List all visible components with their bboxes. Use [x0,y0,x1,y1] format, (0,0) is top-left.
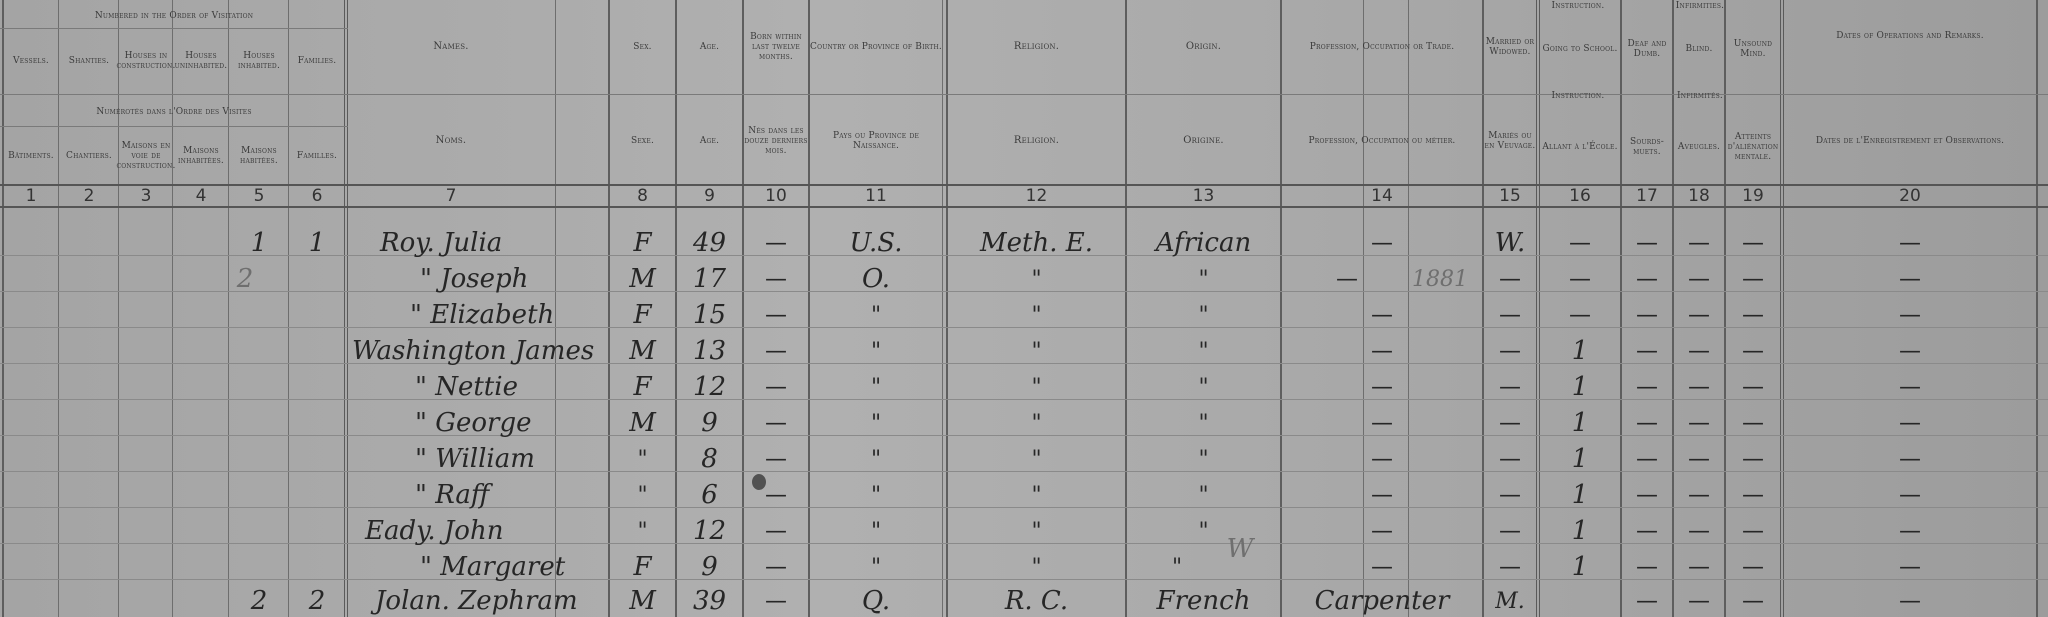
cell-origin: " [1127,550,1227,584]
ink-blot [752,474,766,490]
cell-sex: M [610,584,675,617]
header-col3-fr: Maisons en voie de construction. [120,128,172,184]
cell-origin: " [1127,334,1280,368]
cell-married: — [1484,442,1536,476]
cell-age: 6 [677,478,742,512]
header-group-infirmites: Infirmités. [1620,88,1780,104]
col-rule [288,0,289,617]
cell-name: " Elizabeth [410,298,600,332]
cell-married: — [1484,406,1536,440]
cell-origin: " [1127,262,1280,296]
header-col4-fr: Maisons inhabitées. [174,128,228,184]
header-col16-en: Going to School. [1540,14,1620,84]
cell-profession: — [1282,442,1482,476]
cell-unsound: — [1726,584,1780,617]
col-number: 7 [348,186,554,206]
cell-name: " William [415,442,605,476]
cell-age: 12 [677,514,742,548]
cell-birthplace: " [810,334,942,368]
cell-married: W. [1484,226,1536,260]
cell-school: 1 [1540,370,1620,404]
col-number: 10 [744,186,808,206]
col-number: 13 [1127,186,1280,206]
cell-remarks: — [1784,478,2036,512]
cell-blind: — [1674,262,1724,296]
cell-birthplace: " [810,442,942,476]
header-col8-fr: Sexe. [610,98,675,184]
cell-blind: — [1674,514,1724,548]
cell-birthplace: U.S. [810,226,942,260]
cell-born: — [744,514,808,548]
cell-age: 8 [677,442,742,476]
header-col6-en: Families. [290,30,344,92]
pencil-annotation: 1881 [1400,262,1480,296]
cell-deaf: — [1622,442,1672,476]
header-col18-fr: Aveugles. [1674,110,1724,184]
cell-remarks: — [1784,370,2036,404]
cell-blind: — [1674,550,1724,584]
cell-married: — [1484,370,1536,404]
cell-religion: " [948,514,1125,548]
cell-sex: M [610,334,675,368]
cell-married: — [1484,550,1536,584]
header-col1-en: Vessels. [4,30,58,92]
cell-born: — [744,226,808,260]
header-col10-en: Born within last twelve months. [744,4,808,90]
cell-unsound: — [1726,478,1780,512]
cell-birthplace: " [810,514,942,548]
col-number: 9 [677,186,742,206]
cell-school: 1 [1540,478,1620,512]
cell-birthplace: " [810,370,942,404]
header-col18-en: Blind. [1674,14,1724,84]
cell-school: 1 [1540,514,1620,548]
cell-born: — [744,584,808,617]
header-group-visitation-en: Numbered in the Order of Visitation [4,4,344,28]
cell-name: " Joseph [420,262,600,296]
cell-house: 1 [230,226,288,260]
cell-married: M. [1484,584,1536,617]
col-number: 3 [120,186,172,206]
cell-school: 1 [1540,334,1620,368]
col-number: 6 [290,186,344,206]
cell-married: — [1484,262,1536,296]
header-col3-en: Houses in construction. [120,30,172,92]
header-col17-en: Deaf and Dumb. [1622,14,1672,84]
cell-remarks: — [1784,442,2036,476]
header-col19-fr: Atteints d'aliénation mentale. [1726,110,1780,184]
cell-age: 12 [677,370,742,404]
header-col13-fr: Origine. [1127,98,1280,184]
cell-profession: — [1282,550,1482,584]
cell-religion: " [948,262,1125,296]
cell-religion: Meth. E. [948,226,1125,260]
cell-name: " Raff [415,478,605,512]
header-col6-fr: Familles. [290,128,344,184]
cell-sex: F [610,370,675,404]
cell-birthplace: " [810,478,942,512]
header-col11-fr: Pays ou Province de Naissance. [810,98,942,184]
cell-name: " Margaret [420,550,610,584]
cell-profession: — [1282,334,1482,368]
cell-deaf: — [1622,478,1672,512]
header-col12-en: Religion. [948,4,1125,90]
cell-name: Jolan. Zephram [375,584,605,617]
cell-origin: " [1127,442,1280,476]
cell-deaf: — [1622,406,1672,440]
cell-religion: " [948,478,1125,512]
cell-blind: — [1674,478,1724,512]
cell-profession: — [1282,226,1482,260]
cell-religion: R. C. [948,584,1125,617]
header-group-infirmities: Infirmities. [1620,0,1780,12]
header-col20-fr: Dates de l'Enregistrement et Observation… [1784,98,2036,184]
cell-religion: " [948,334,1125,368]
header-col1-fr: Bâtiments. [4,128,58,184]
header-col9-en: Age. [677,4,742,90]
header-col19-en: Unsound Mind. [1726,14,1780,84]
cell-profession: — [1282,298,1482,332]
header-col13-en: Origin. [1127,4,1280,90]
cell-born: — [744,334,808,368]
header-col5-en: Houses inhabited. [230,30,288,92]
cell-school [1540,584,1620,617]
cell-deaf: — [1622,514,1672,548]
cell-blind: — [1674,298,1724,332]
cell-remarks: — [1784,298,2036,332]
cell-remarks: — [1784,584,2036,617]
col-number: 17 [1622,186,1672,206]
cell-school: — [1540,262,1620,296]
cell-origin: " [1127,370,1280,404]
header-col8-en: Sex. [610,4,675,90]
cell-born: — [744,550,808,584]
header-col17-fr: Sourds-muets. [1622,110,1672,184]
cell-married: — [1484,478,1536,512]
cell-birthplace: O. [810,262,942,296]
cell-deaf: — [1622,298,1672,332]
cell-born: — [744,406,808,440]
cell-age: 39 [677,584,742,617]
cell-blind: — [1674,442,1724,476]
header-col7-fr: Noms. [348,98,554,184]
cell-unsound: — [1726,262,1780,296]
cell-profession: — [1282,514,1482,548]
cell-age: 9 [677,406,742,440]
cell-deaf: — [1622,334,1672,368]
header-col11-en: Country or Province of Birth. [810,4,942,90]
col-rule [172,0,173,617]
cell-sex: " [610,442,675,476]
cell-origin: French [1127,584,1280,617]
cell-origin: " [1127,514,1280,548]
col-number: 19 [1726,186,1780,206]
header-group-instruction: Instruction. [1536,0,1620,12]
cell-deaf: — [1622,226,1672,260]
cell-birthplace: " [810,298,942,332]
cell-born: — [744,298,808,332]
cell-name: " George [415,406,605,440]
cell-remarks: — [1784,550,2036,584]
cell-religion: " [948,298,1125,332]
cell-married: — [1484,334,1536,368]
cell-blind: — [1674,406,1724,440]
col-number: 18 [1674,186,1724,206]
cell-school: — [1540,298,1620,332]
cell-deaf: — [1622,550,1672,584]
col-rule [2036,0,2038,617]
header-col20-en: Dates of Operations and Remarks. [1784,4,2036,68]
cell-unsound: — [1726,334,1780,368]
cell-school: 1 [1540,406,1620,440]
col-number: 11 [810,186,942,206]
cell-name: Washington James [352,334,607,368]
col-number: 1 [4,186,58,206]
header-col15-fr: Mariés ou en Veuvage. [1484,98,1536,184]
cell-blind: — [1674,334,1724,368]
cell-house: 2 [230,262,260,296]
cell-family: 2 [290,584,344,617]
cell-unsound: — [1726,406,1780,440]
cell-profession: — [1282,478,1482,512]
header-col5-fr: Maisons habitées. [230,128,288,184]
cell-unsound: — [1726,514,1780,548]
cell-remarks: — [1784,514,2036,548]
cell-deaf: — [1622,370,1672,404]
cell-religion: " [948,442,1125,476]
cell-born: — [744,262,808,296]
cell-blind: — [1674,584,1724,617]
cell-religion: " [948,406,1125,440]
cell-age: 15 [677,298,742,332]
cell-sex: F [610,550,675,584]
col-number: 16 [1540,186,1620,206]
col-number: 15 [1484,186,1536,206]
header-rule [0,206,2048,208]
cell-profession: — [1282,370,1482,404]
cell-blind: — [1674,370,1724,404]
cell-married: — [1484,514,1536,548]
cell-sex: M [610,406,675,440]
cell-blind: — [1674,226,1724,260]
header-rule [0,126,348,127]
cell-unsound: — [1726,226,1780,260]
col-number: 4 [174,186,228,206]
cell-profession: Carpenter [1282,584,1482,617]
cell-religion: " [948,550,1125,584]
cell-name: " Nettie [415,370,605,404]
header-col4-en: Houses uninhabited. [174,30,228,92]
header-col2-en: Shanties. [60,30,118,92]
pencil-annotation: W [1225,532,1255,566]
header-col12-fr: Religion. [948,98,1125,184]
cell-deaf: — [1622,262,1672,296]
cell-name: Eady. John [365,514,605,548]
header-group-visitation-fr: Numérotés dans l'Ordre des Visites [4,100,344,124]
header-col15-en: Married or Widowed. [1484,4,1536,90]
cell-age: 49 [677,226,742,260]
col-rule [228,0,229,617]
cell-school: — [1540,226,1620,260]
col-number: 2 [60,186,118,206]
cell-unsound: — [1726,550,1780,584]
header-col9-fr: Age. [677,98,742,184]
cell-unsound: — [1726,298,1780,332]
cell-origin: African [1127,226,1280,260]
cell-born: — [744,442,808,476]
cell-family: 1 [290,226,344,260]
cell-sex: " [610,514,675,548]
cell-deaf: — [1622,584,1672,617]
header-col7-en: Names. [348,4,554,90]
cell-school: 1 [1540,550,1620,584]
cell-profession: — [1282,406,1482,440]
cell-school: 1 [1540,442,1620,476]
cell-sex: M [610,262,675,296]
cell-unsound: — [1726,442,1780,476]
cell-birthplace: " [810,406,942,440]
cell-age: 17 [677,262,742,296]
cell-born: — [744,370,808,404]
col-number: 14 [1282,186,1482,206]
col-number: 20 [1784,186,2036,206]
header-col14-en: Profession, Occupation or Trade. [1282,4,1482,90]
census-sheet: Numbered in the Order of Visitation Numé… [0,0,2048,617]
header-col14-fr: Profession, Occupation ou métier. [1282,98,1482,184]
cell-origin: " [1127,406,1280,440]
col-rule [344,0,348,617]
cell-unsound: — [1726,370,1780,404]
cell-married: — [1484,298,1536,332]
cell-house: 2 [230,584,288,617]
cell-name: Roy. Julia [380,226,600,260]
cell-age: 13 [677,334,742,368]
cell-remarks: — [1784,334,2036,368]
header-col16-fr: Allant à l'École. [1540,110,1620,184]
cell-profession: — [1282,262,1412,296]
cell-age: 9 [677,550,742,584]
cell-remarks: — [1784,226,2036,260]
cell-sex: F [610,298,675,332]
col-number: 12 [948,186,1125,206]
cell-remarks: — [1784,406,2036,440]
header-col2-fr: Chantiers. [60,128,118,184]
cell-origin: " [1127,298,1280,332]
col-rule [942,0,943,617]
header-group-instruction-fr: Instruction. [1536,88,1620,104]
col-rule [118,0,119,617]
cell-birthplace: " [810,550,942,584]
cell-birthplace: Q. [810,584,942,617]
header-rule [0,28,348,29]
header-col10-fr: Nés dans les douze derniers mois. [744,98,808,184]
cell-religion: " [948,370,1125,404]
cell-sex: " [610,478,675,512]
col-rule [58,0,59,617]
col-rule [2,0,4,617]
cell-remarks: — [1784,262,2036,296]
col-number: 8 [610,186,675,206]
cell-sex: F [610,226,675,260]
col-number: 5 [230,186,288,206]
cell-origin: " [1127,478,1280,512]
